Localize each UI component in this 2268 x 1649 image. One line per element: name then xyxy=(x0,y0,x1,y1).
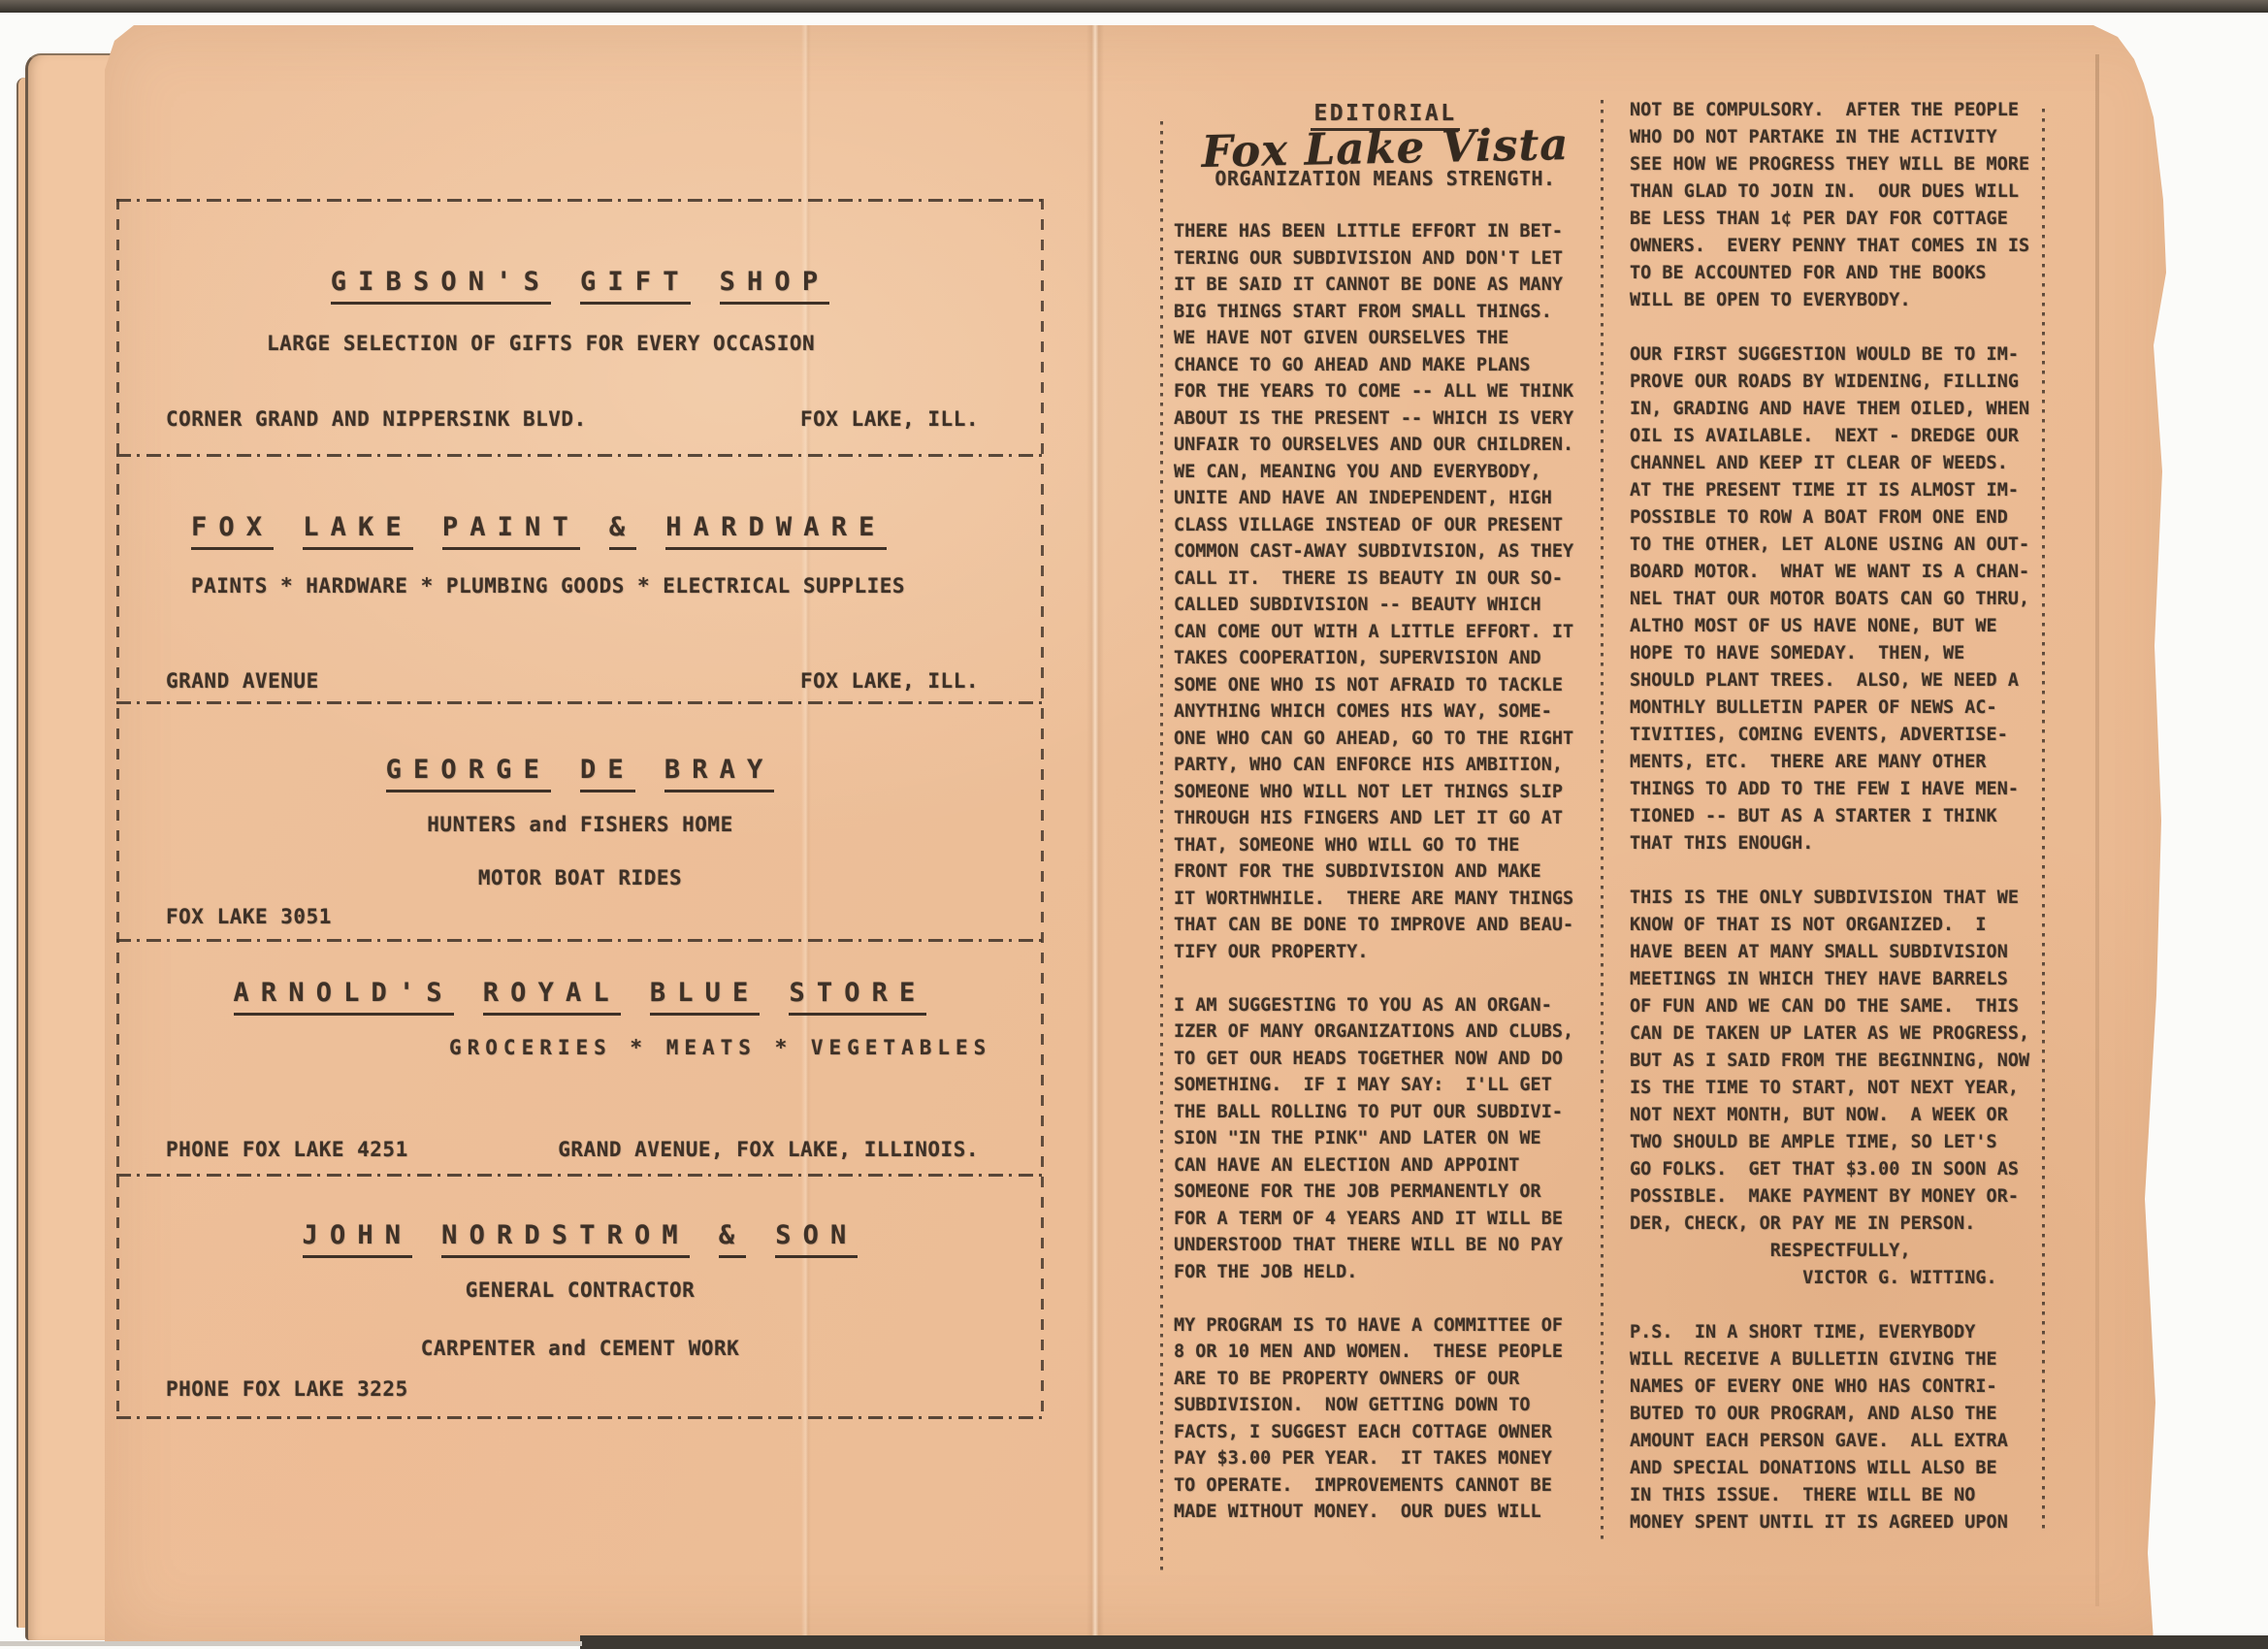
ad-tagline: GROCERIES * MEATS * VEGETABLES xyxy=(119,1036,1041,1059)
ad-title: JOHNNORDSTROM&SON xyxy=(119,1220,1041,1258)
ad-title: FOXLAKEPAINT&HARDWARE xyxy=(119,512,1041,550)
scanner-edge-bottom xyxy=(580,1635,2268,1649)
column-separator-left xyxy=(1160,121,1163,1571)
ad-line: HUNTERS and FISHERS HOME xyxy=(119,813,1041,836)
ad-tagline: LARGE SELECTION OF GIFTS FOR EVERY OCCAS… xyxy=(119,332,1041,355)
paper-edge-shadow xyxy=(2095,54,2099,1606)
ad-tagline: PAINTS * HARDWARE * PLUMBING GOODS * ELE… xyxy=(119,574,1041,598)
column-separator-right xyxy=(2042,109,2045,1535)
ad-phone: FOX LAKE 3051 xyxy=(166,905,332,928)
ad-john-nordstrom-son: JOHNNORDSTROM&SON GENERAL CONTRACTOR CAR… xyxy=(119,1174,1041,1418)
editorial-column-1: THERE HAS BEEN LITTLE EFFORT IN BET- TER… xyxy=(1174,218,1573,1526)
ad-address: GRAND AVENUE xyxy=(166,669,319,693)
ad-arnolds-royal-blue-store: ARNOLD'SROYALBLUESTORE GROCERIES * MEATS… xyxy=(119,939,1041,1174)
ad-line: CARPENTER and CEMENT WORK xyxy=(119,1337,1041,1360)
ad-address: CORNER GRAND AND NIPPERSINK BLVD. xyxy=(166,407,587,431)
fold-crease-center xyxy=(1086,25,1104,1641)
column-separator-middle xyxy=(1601,100,1604,1542)
ad-title: GIBSON'SGIFTSHOP xyxy=(119,267,1041,305)
ad-title: GEORGEDEBRAY xyxy=(119,755,1041,792)
ad-george-de-bray: GEORGEDEBRAY HUNTERS and FISHERS HOME MO… xyxy=(119,701,1041,939)
ad-city: FOX LAKE, ILL. xyxy=(800,669,979,693)
scanned-newsletter-spread: GIBSON'SGIFTSHOP LARGE SELECTION OF GIFT… xyxy=(0,0,2268,1649)
editorial-column-2: NOT BE COMPULSORY. AFTER THE PEOPLE WHO … xyxy=(1630,97,2029,1536)
ad-phone: PHONE FOX LAKE 3225 xyxy=(166,1377,408,1401)
ad-fox-lake-paint-hardware: FOXLAKEPAINT&HARDWARE PAINTS * HARDWARE … xyxy=(119,454,1041,701)
ad-line: MOTOR BOAT RIDES xyxy=(119,866,1041,889)
scanner-edge-top xyxy=(0,0,2268,13)
ad-gibsons-gift-shop: GIBSON'SGIFTSHOP LARGE SELECTION OF GIFT… xyxy=(119,199,1041,454)
ad-line: GENERAL CONTRACTOR xyxy=(119,1278,1041,1302)
masthead-stamp: Fox Lake Vista xyxy=(1171,117,1599,178)
ad-title: ARNOLD'SROYALBLUESTORE xyxy=(119,978,1041,1016)
scanner-edge-bottom-left xyxy=(0,1641,582,1646)
ad-phone: PHONE FOX LAKE 4251 xyxy=(166,1138,408,1161)
ad-address: GRAND AVENUE, FOX LAKE, ILLINOIS. xyxy=(558,1138,979,1161)
ads-box-border-right xyxy=(1041,199,1044,1419)
ad-city: FOX LAKE, ILL. xyxy=(800,407,979,431)
